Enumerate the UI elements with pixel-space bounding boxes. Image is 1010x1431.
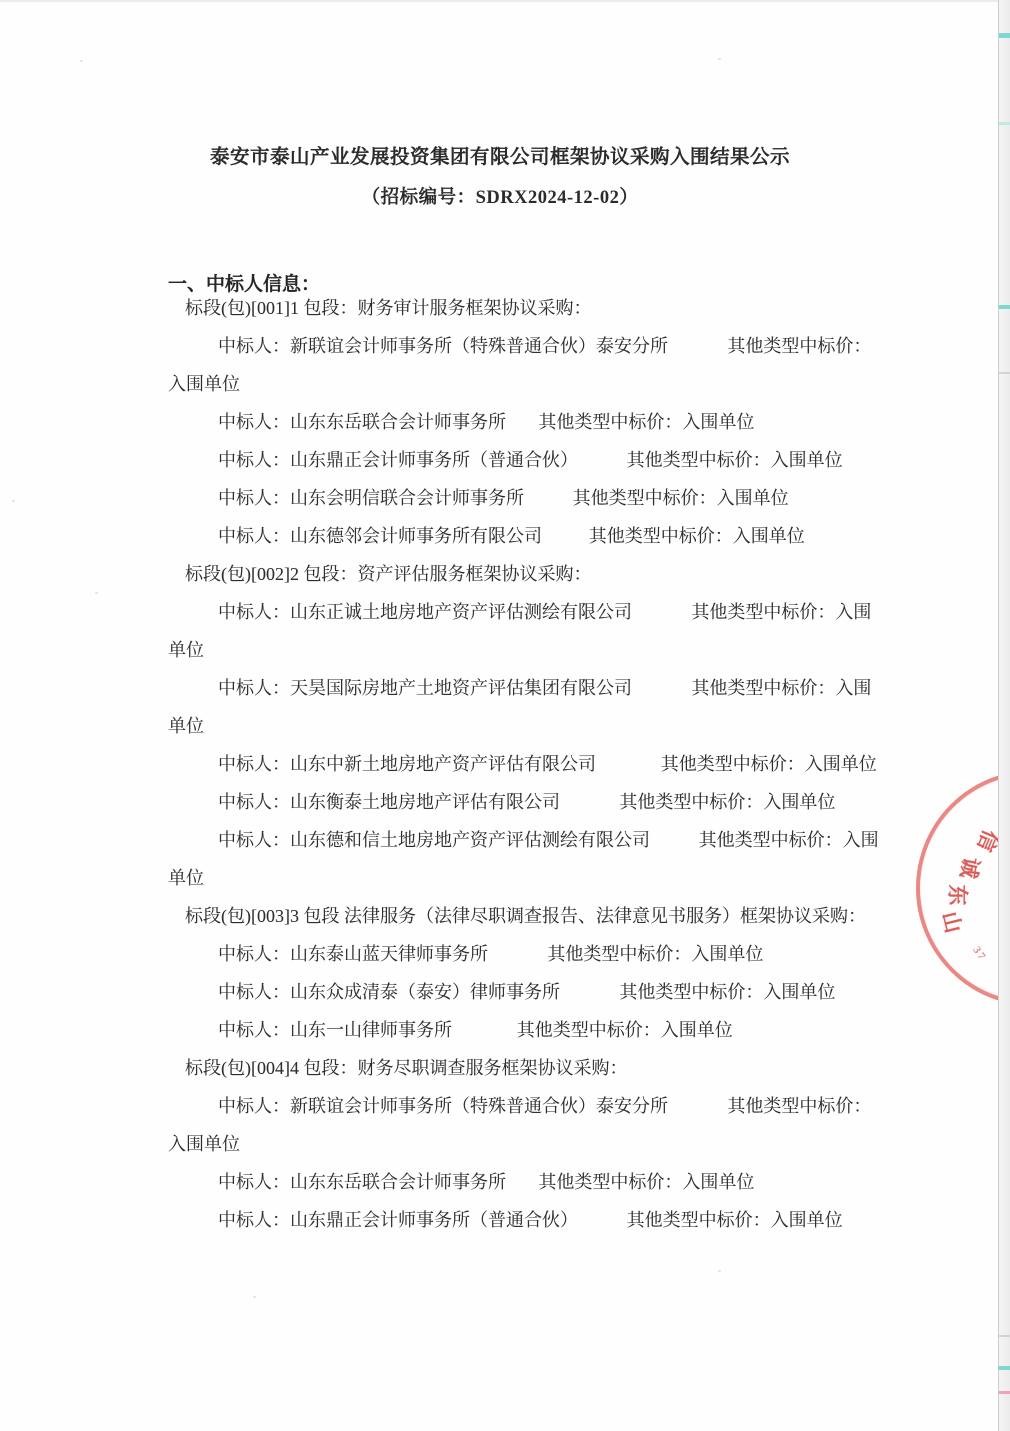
scan-noise-speck (718, 58, 721, 60)
price-type-text: 其他类型中标价：入围单位 (627, 1210, 843, 1230)
line-text: 标段(包)[002]2 包段：资产评估服务框架协议采购： (185, 564, 591, 584)
column-gap (560, 807, 619, 808)
line-text: 标段(包)[004]4 包段：财务尽职调查服务框架协议采购： (185, 1058, 627, 1078)
bidder-line: 中标人：山东中新土地房地产资产评估有限公司其他类型中标价：入围单位 (0, 745, 1010, 783)
continuation-line: 入围单位 (0, 365, 1010, 403)
bidder-line: 中标人：天昊国际房地产土地资产评估集团有限公司其他类型中标价：入围 (0, 669, 1010, 707)
price-type-text: 其他类型中标价：入围单位 (627, 450, 843, 470)
scan-tick-mark (999, 1391, 1010, 1394)
price-type-text: 其他类型中标价：入围 (691, 602, 871, 622)
bidder-name-text: 中标人：山东一山律师事务所 (218, 1020, 452, 1040)
bidder-line: 中标人：山东一山律师事务所其他类型中标价：入围单位 (0, 1011, 1010, 1049)
seal-char: 东 (944, 885, 974, 906)
red-company-seal: 信 诚 东 山 37 (916, 770, 1010, 998)
lot-heading-line: 标段(包)[003]3 包段 法律服务（法律尽职调查报告、法律意见书服务）框架协… (0, 897, 1010, 935)
continuation-line: 单位 (0, 859, 1010, 897)
line-text: 单位 (168, 868, 204, 888)
line-text: 入围单位 (168, 1134, 240, 1154)
bidder-name-text: 中标人：天昊国际房地产土地资产评估集团有限公司 (218, 678, 632, 698)
price-type-text: 其他类型中标价：入围单位 (547, 944, 763, 964)
bidder-line: 中标人：山东鼎正会计师事务所（普通合伙）其他类型中标价：入围单位 (0, 1201, 1010, 1239)
bidder-line: 中标人：山东德邻会计师事务所有限公司其他类型中标价：入围单位 (0, 517, 1010, 555)
price-type-text: 其他类型中标价： (727, 336, 871, 356)
continuation-line: 入围单位 (0, 1125, 1010, 1163)
bidder-name-text: 中标人：山东德邻会计师事务所有限公司 (218, 526, 542, 546)
price-type-text: 其他类型中标价：入围单位 (619, 982, 835, 1002)
column-gap (632, 693, 691, 694)
price-type-text: 其他类型中标价：入围单位 (573, 488, 789, 508)
bidder-line: 中标人：山东会明信联合会计师事务所其他类型中标价：入围单位 (0, 479, 1010, 517)
price-type-text: 其他类型中标价：入围单位 (517, 1020, 733, 1040)
bidder-name-text: 中标人：新联谊会计师事务所（特殊普通合伙）泰安分所 (218, 336, 668, 356)
bidder-line: 中标人：山东正诚土地房地产资产评估测绘有限公司其他类型中标价：入围 (0, 593, 1010, 631)
scan-edge-artifact-top (0, 0, 1010, 2)
line-text: 入围单位 (168, 374, 240, 394)
bidder-name-text: 中标人：新联谊会计师事务所（特殊普通合伙）泰安分所 (218, 1096, 668, 1116)
scanned-document-page: { "document": { "title": "泰安市泰山产业发展投资集团有… (0, 0, 1010, 1431)
bidder-line: 中标人：新联谊会计师事务所（特殊普通合伙）泰安分所其他类型中标价： (0, 1087, 1010, 1125)
price-type-text: 其他类型中标价：入围 (699, 830, 879, 850)
price-type-text: 其他类型中标价：入围单位 (538, 412, 754, 432)
price-type-text: 其他类型中标价：入围单位 (661, 754, 877, 774)
scan-tick-mark (999, 305, 1010, 309)
lot-heading-line: 标段(包)[001]1 包段：财务审计服务框架协议采购： (0, 289, 1010, 327)
page-title: 泰安市泰山产业发展投资集团有限公司框架协议采购入围结果公示 (0, 141, 1000, 169)
price-type-text: 其他类型中标价：入围单位 (589, 526, 805, 546)
column-gap (668, 1111, 727, 1112)
bidder-name-text: 中标人：山东东岳联合会计师事务所 (218, 412, 506, 432)
continuation-line: 单位 (0, 631, 1010, 669)
scan-noise-speck (95, 592, 98, 594)
line-text: 单位 (168, 716, 204, 736)
column-gap (452, 1035, 517, 1036)
scan-tick-mark (999, 33, 1010, 38)
bidder-line: 中标人：山东德和信土地房地产资产评估测绘有限公司其他类型中标价：入围 (0, 821, 1010, 859)
bidder-line: 中标人：山东东岳联合会计师事务所其他类型中标价：入围单位 (0, 403, 1010, 441)
bidder-name-text: 中标人：山东鼎正会计师事务所（普通合伙） (218, 450, 578, 470)
price-type-text: 其他类型中标价：入围单位 (538, 1172, 754, 1192)
bidder-line: 中标人：山东衡泰土地房地产评估有限公司其他类型中标价：入围单位 (0, 783, 1010, 821)
line-text: 标段(包)[003]3 包段 法律服务（法律尽职调查报告、法律意见书服务）框架协… (185, 906, 866, 926)
continuation-line: 单位 (0, 707, 1010, 745)
scan-noise-speck (253, 1296, 256, 1298)
column-gap (668, 351, 727, 352)
lot-heading-line: 标段(包)[004]4 包段：财务尽职调查服务框架协议采购： (0, 1049, 1010, 1087)
bidder-name-text: 中标人：山东鼎正会计师事务所（普通合伙） (218, 1210, 578, 1230)
column-gap (506, 1187, 538, 1188)
bidder-name-text: 中标人：山东会明信联合会计师事务所 (218, 488, 524, 508)
bidder-name-text: 中标人：山东衡泰土地房地产评估有限公司 (218, 792, 560, 812)
tender-number-subtitle: （招标编号：SDRX2024-12-02） (0, 183, 1000, 209)
scan-noise-speck (718, 1270, 721, 1272)
column-gap (578, 1225, 627, 1226)
bidder-line: 中标人：山东泰山蓝天律师事务所其他类型中标价：入围单位 (0, 935, 1010, 973)
column-gap (560, 997, 619, 998)
bidder-name-text: 中标人：山东众成清泰（泰安）律师事务所 (218, 982, 560, 1002)
column-gap (524, 503, 573, 504)
line-text: 标段(包)[001]1 包段：财务审计服务框架协议采购： (185, 298, 591, 318)
scan-edge-strip (998, 0, 1010, 1431)
scan-noise-speck (12, 500, 15, 502)
bidder-name-text: 中标人：山东泰山蓝天律师事务所 (218, 944, 488, 964)
scan-tick-mark (999, 1366, 1010, 1370)
column-gap (542, 541, 589, 542)
bidder-line: 中标人：新联谊会计师事务所（特殊普通合伙）泰安分所其他类型中标价： (0, 327, 1010, 365)
price-type-text: 其他类型中标价： (727, 1096, 871, 1116)
bidder-name-text: 中标人：山东中新土地房地产资产评估有限公司 (218, 754, 596, 774)
bidder-line: 中标人：山东东岳联合会计师事务所其他类型中标价：入围单位 (0, 1163, 1010, 1201)
column-gap (506, 427, 538, 428)
price-type-text: 其他类型中标价：入围单位 (619, 792, 835, 812)
scan-noise-speck (80, 60, 83, 62)
bidder-line: 中标人：山东鼎正会计师事务所（普通合伙）其他类型中标价：入围单位 (0, 441, 1010, 479)
scan-tick-mark (999, 122, 1010, 125)
scan-tick-mark (999, 372, 1010, 374)
price-type-text: 其他类型中标价：入围 (691, 678, 871, 698)
column-gap (596, 769, 661, 770)
lot-heading-line: 标段(包)[002]2 包段：资产评估服务框架协议采购： (0, 555, 1010, 593)
document-body: 标段(包)[001]1 包段：财务审计服务框架协议采购：中标人：新联谊会计师事务… (0, 289, 1010, 1239)
column-gap (488, 959, 547, 960)
scan-tick-mark (999, 1335, 1010, 1337)
bidder-name-text: 中标人：山东德和信土地房地产资产评估测绘有限公司 (218, 830, 650, 850)
column-gap (578, 465, 627, 466)
bidder-name-text: 中标人：山东东岳联合会计师事务所 (218, 1172, 506, 1192)
bidder-line: 中标人：山东众成清泰（泰安）律师事务所其他类型中标价：入围单位 (0, 973, 1010, 1011)
column-gap (632, 617, 691, 618)
bidder-name-text: 中标人：山东正诚土地房地产资产评估测绘有限公司 (218, 602, 632, 622)
line-text: 单位 (168, 640, 204, 660)
column-gap (650, 845, 699, 846)
